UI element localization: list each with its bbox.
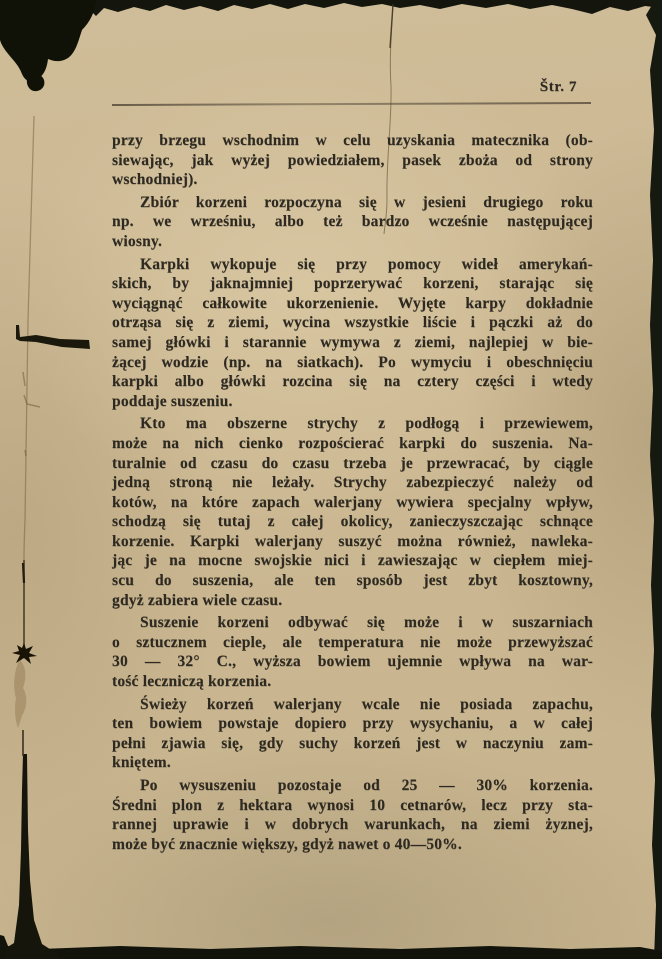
text-line: siewając, jak wyżej powiedziałem, pasek …	[112, 151, 593, 171]
text-line: o sztucznem cieple, ale temperatura nie …	[112, 633, 593, 653]
paragraph: Po wysuszeniu pozostaje od 25 — 30% korz…	[112, 776, 593, 854]
text-line: samej główki i starannie wymywa z ziemi,…	[112, 333, 593, 353]
text-line: jąc je na mocne swojskie nici i zawiesza…	[112, 551, 593, 571]
paragraph: Karpki wykopuje się przy pomocy wideł am…	[112, 255, 593, 412]
text-line: turalnie od czasu do czasu trzeba je prz…	[112, 454, 593, 474]
text-line: schodzą się tutaj z całej okolicy, zanie…	[112, 512, 593, 532]
text-block: przy brzegu wschodnim w celu uzyskania m…	[112, 131, 593, 854]
text-line: otrząsa się z ziemi, wycina wszystkie li…	[112, 313, 593, 333]
text-line: np. we wrześniu, albo też bardzo wcześni…	[112, 212, 593, 232]
text-line: Suszenie korzeni odbywać się może i w su…	[112, 613, 593, 633]
paragraph: Suszenie korzeni odbywać się może i w su…	[112, 613, 593, 691]
text-line: jedną stroną nie leżały. Strychy zabezpi…	[112, 473, 593, 493]
paragraph: Kto ma obszerne strychy z podłogą i prze…	[112, 414, 593, 610]
text-line: kniętem.	[112, 753, 593, 773]
text-line: skich, by jaknajmniej poprzerywać korzen…	[112, 274, 593, 294]
text-line: Świeży korzeń walerjany wcale nie posiad…	[112, 695, 593, 715]
page-header: Štr. 7	[112, 79, 577, 96]
text-line: scu do suszenia, ale ten sposób jest zby…	[112, 571, 593, 591]
scanned-book-page: Štr. 7 przy brzegu wschodnim w celu uzys…	[0, 0, 662, 959]
text-line: kotów, na które zapach walerjany wywiera…	[112, 493, 593, 513]
text-line: pełni zjawia się, gdy suchy korzeń jest …	[112, 734, 593, 754]
text-line: może na nich cienko rozpościerać karpki …	[112, 434, 593, 454]
page-number: Štr. 7	[540, 79, 577, 95]
text-line: Zbiór korzeni rozpoczyna się w jesieni d…	[112, 193, 593, 213]
text-line: tość leczniczą korzenia.	[112, 672, 593, 692]
text-line: korzenie. Karpki walerjany suszyć można …	[112, 532, 593, 552]
text-line: Kto ma obszerne strychy z podłogą i prze…	[112, 414, 593, 434]
text-line: Karpki wykopuje się przy pomocy wideł am…	[112, 255, 593, 275]
text-line: 30 — 32° C., wyższa bowiem ujemnie wpływ…	[112, 652, 593, 672]
text-line: żącej wodzie (np. na siatkach). Po wymyc…	[112, 353, 593, 373]
text-line: ten bowiem powstaje dopiero przy wysycha…	[112, 714, 593, 734]
text-line: wiosny.	[112, 232, 593, 252]
text-line: wschodniej).	[112, 170, 593, 190]
text-line: wyciągnąć całkowite ukorzenienie. Wyjęte…	[112, 294, 593, 314]
text-line: gdyż zabiera wiele czasu.	[112, 591, 593, 611]
text-line: Średni plon z hektara wynosi 10 cetnarów…	[112, 796, 593, 816]
paragraph: Świeży korzeń walerjany wcale nie posiad…	[112, 695, 593, 773]
text-line: karpki albo główki rozcina się na cztery…	[112, 372, 593, 392]
text-line: może być znacznie większy, gdyż nawet o …	[112, 835, 593, 855]
text-line: rannej uprawie i w dobrych warunkach, na…	[112, 815, 593, 835]
paragraph: przy brzegu wschodnim w celu uzyskania m…	[112, 131, 593, 190]
text-line: Po wysuszeniu pozostaje od 25 — 30% korz…	[112, 776, 593, 796]
paragraph: Zbiór korzeni rozpoczyna się w jesieni d…	[112, 193, 593, 252]
text-line: przy brzegu wschodnim w celu uzyskania m…	[112, 131, 593, 151]
text-line: poddaje suszeniu.	[112, 392, 593, 412]
